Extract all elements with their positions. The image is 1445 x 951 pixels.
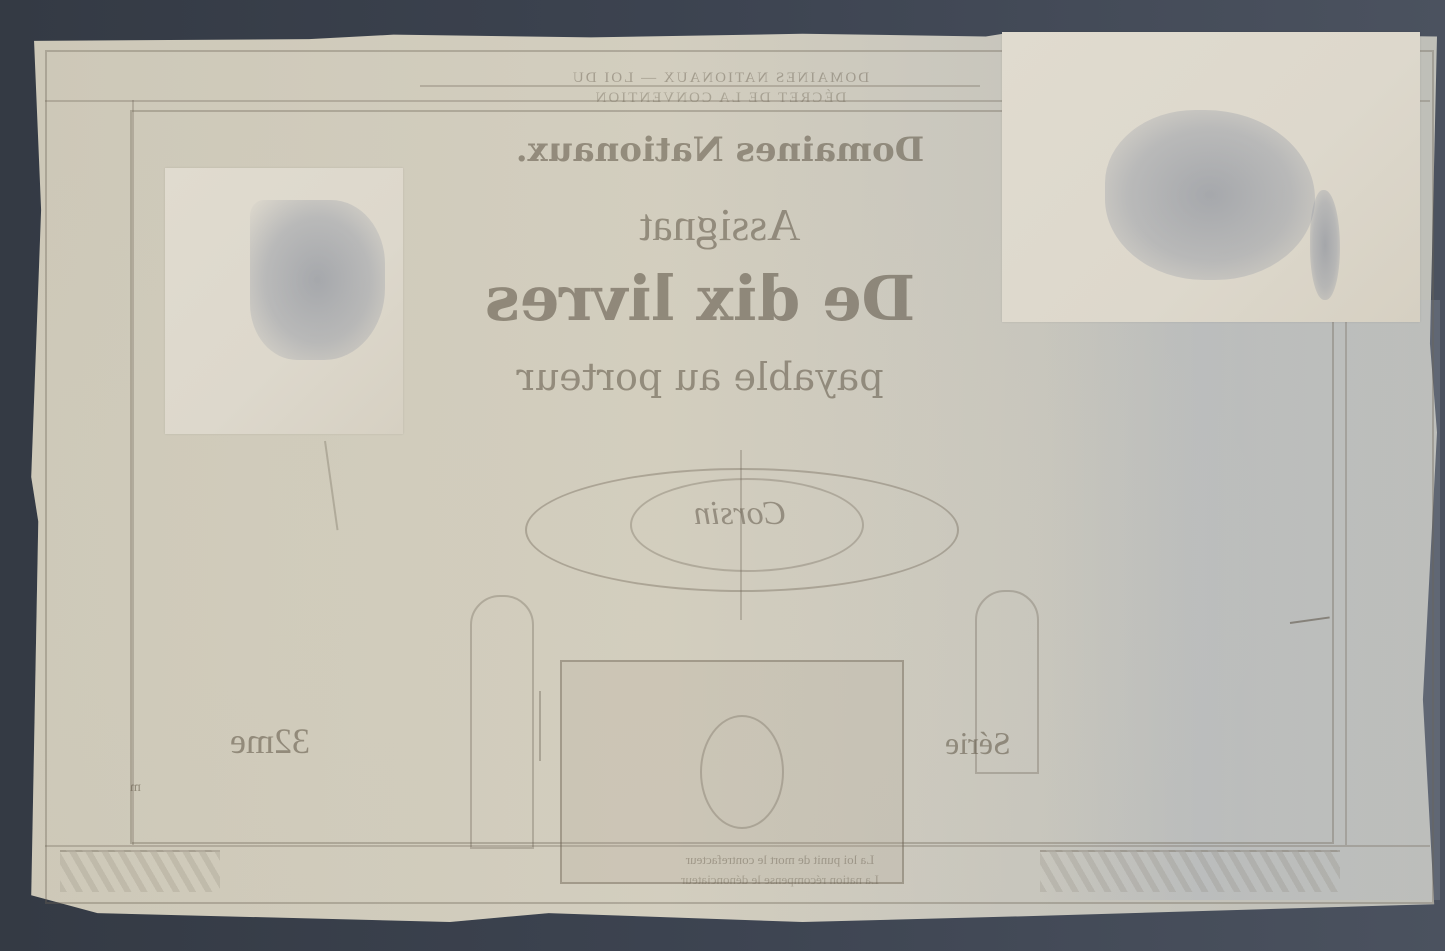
bottom-right-ornament [1040,850,1340,892]
assignat-label: Assignat [420,198,1020,251]
serie-label: Série [945,725,1011,762]
denomination-text: De dix livres [380,262,1020,335]
dry-seal-medallion [700,715,784,829]
footer-text-line-1: La loi punit de mort le contrefacteur [520,852,1040,868]
stain-streak [539,691,541,761]
right-ink-streak [1310,190,1340,300]
left-ink-blot [250,200,385,360]
left-pillar-ornament [470,595,534,849]
serie-number: 32me [230,720,310,762]
corner-mark: m [130,780,141,796]
payable-text: payable au porteur [380,355,1020,399]
header-text-line-2: DÉCRET DE LA CONVENTION [420,90,1020,107]
footer-text-line-2: La nation récompense le dénonciateur [520,872,1040,888]
header-text-line-1: DOMAINES NATIONAUX — LOI DU [420,70,1020,87]
left-rule-line [132,100,134,845]
title-text: Domaines Nationaux. [420,130,1020,170]
bottom-left-ornament [60,850,220,892]
center-stroke-line [740,450,742,620]
